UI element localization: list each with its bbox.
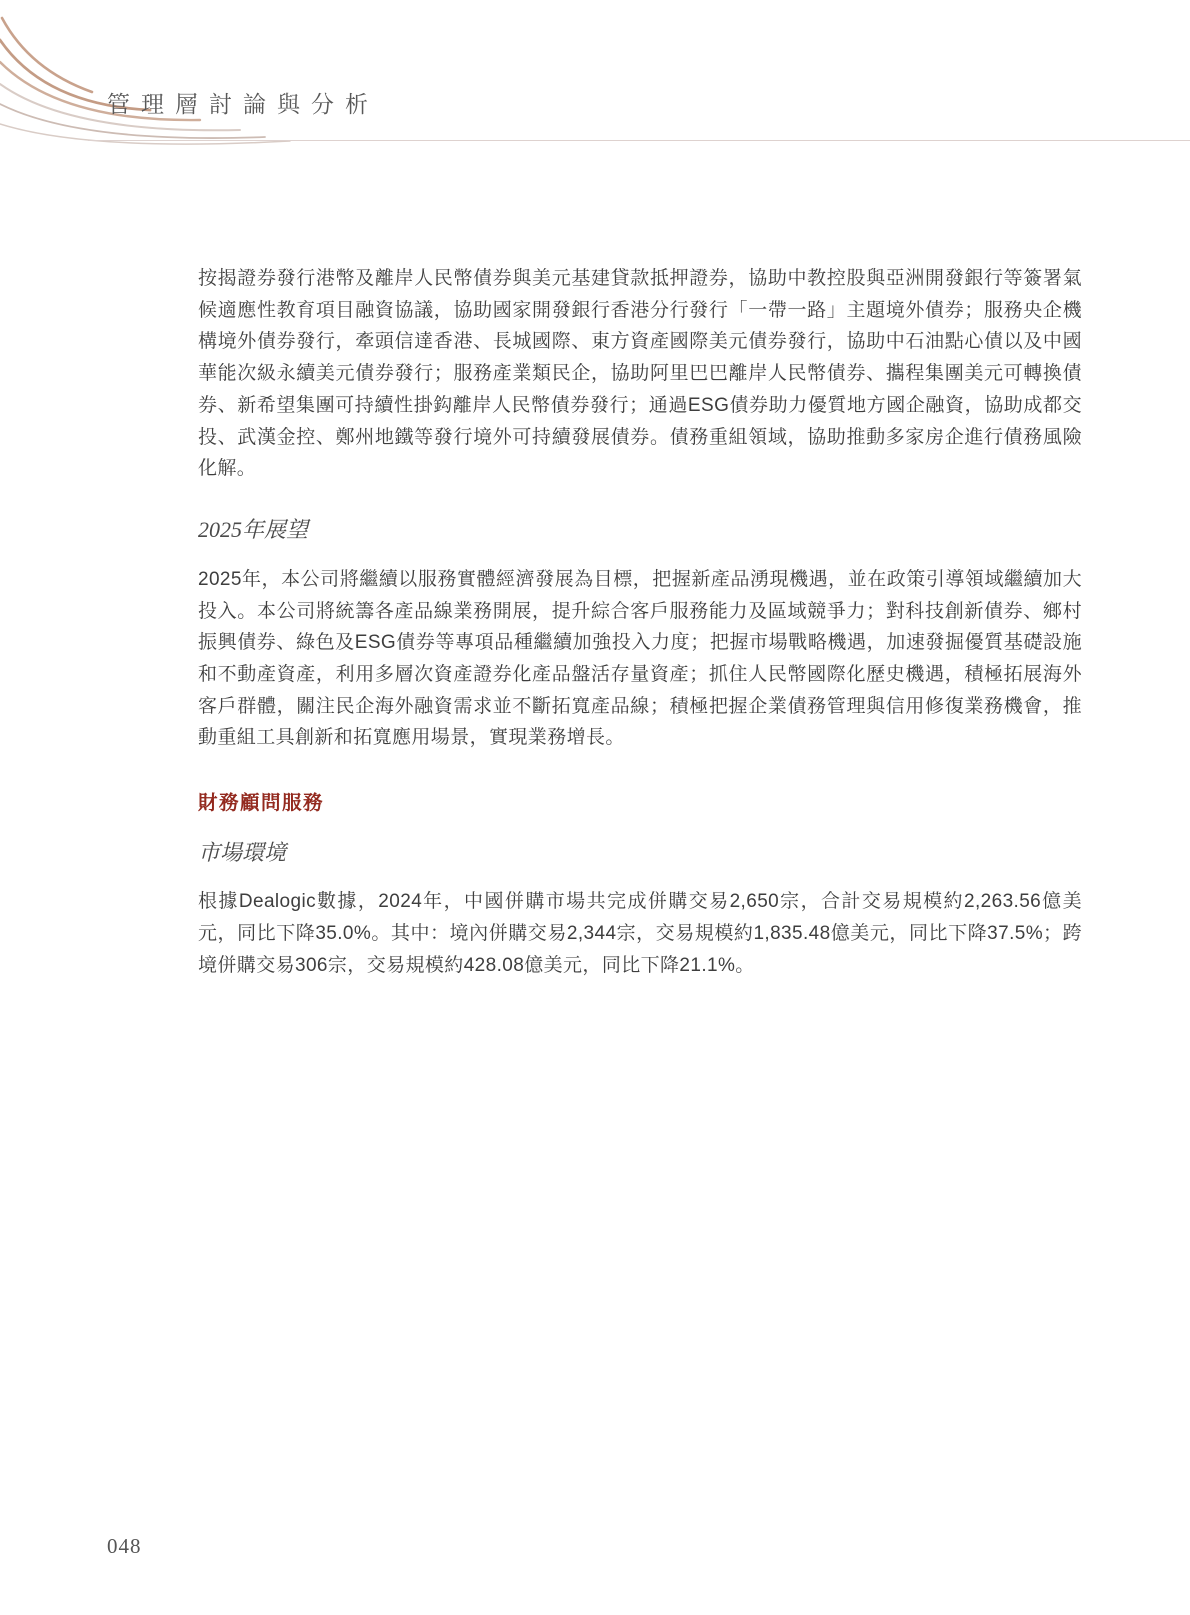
decorative-arcs-logo: [0, 0, 320, 170]
heading-financial-advisory: 財務顧問服務: [198, 787, 1082, 815]
report-page: { "header": { "title": "管理層討論與分析" }, "co…: [0, 0, 1190, 1615]
paragraph-market-data: 根據Dealogic數據，2024年，中國併購市場共完成併購交易2,650宗，合…: [198, 886, 1082, 981]
header-divider: [88, 140, 1190, 141]
content-column: 按揭證券發行港幣及離岸人民幣債券與美元基建貸款抵押證券，協助中教控股與亞洲開發銀…: [198, 263, 1082, 981]
heading-market-environment: 市場環境: [198, 836, 1082, 867]
paragraph-bond-business: 按揭證券發行港幣及離岸人民幣債券與美元基建貸款抵押證券，協助中教控股與亞洲開發銀…: [198, 263, 1082, 485]
paragraph-2025-outlook: 2025年，本公司將繼續以服務實體經濟發展為目標，把握新產品湧現機遇，並在政策引…: [198, 564, 1082, 754]
heading-2025-outlook: 2025年展望: [198, 513, 1082, 544]
page-number: 048: [107, 1534, 142, 1559]
page-header-title: 管理層討論與分析: [107, 86, 379, 119]
